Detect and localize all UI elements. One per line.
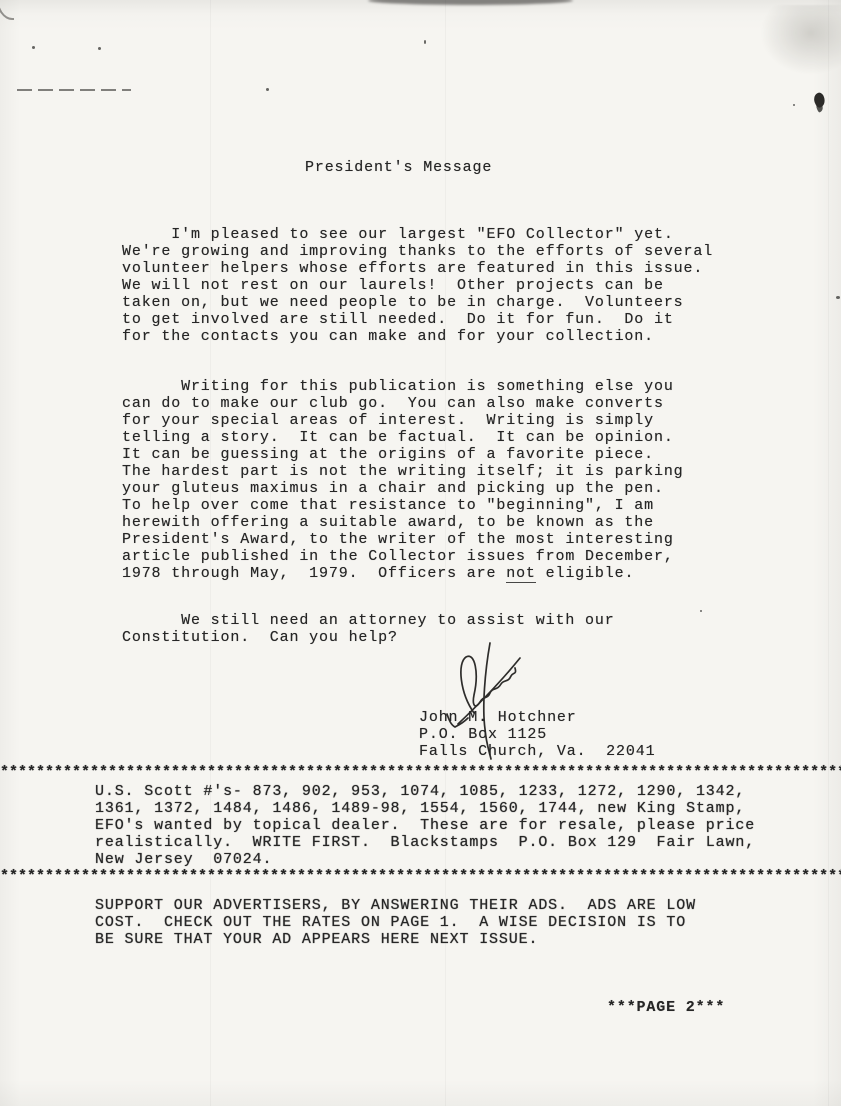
asterisk-divider-bottom: ****************************************… bbox=[0, 868, 841, 885]
dust-speck bbox=[98, 47, 101, 50]
dust-speck bbox=[793, 104, 795, 106]
dust-speck bbox=[700, 610, 702, 612]
paragraph-2: Writing for this publication is somethin… bbox=[122, 378, 684, 565]
paper-fold-line bbox=[828, 0, 829, 1106]
scan-mottle-top-right bbox=[760, 5, 841, 75]
paragraph-1: I'm pleased to see our largest "EFO Coll… bbox=[122, 226, 713, 345]
classified-ad-text: U.S. Scott #'s- 873, 902, 953, 1074, 108… bbox=[95, 783, 755, 868]
ink-blot bbox=[811, 91, 827, 109]
page-number: ***PAGE 2*** bbox=[607, 999, 725, 1016]
signature-po-box: P.O. Box 1125 bbox=[419, 726, 547, 743]
dust-speck bbox=[266, 88, 269, 91]
paragraph-2-last-line: 1978 through May, 1979. Officers are not… bbox=[122, 565, 634, 582]
dust-speck bbox=[836, 296, 840, 299]
dust-speck bbox=[32, 46, 35, 49]
signature-name: John M. Hotchner bbox=[419, 709, 577, 726]
scanned-letter-page: President's Message I'm pleased to see o… bbox=[0, 0, 841, 1106]
underlined-word-not: not bbox=[506, 565, 536, 583]
paragraph-2-last-line-start: 1978 through May, 1979. Officers are bbox=[122, 565, 506, 582]
paragraph-2-last-line-end: eligible. bbox=[536, 565, 635, 582]
scan-dash-line bbox=[17, 89, 131, 91]
signature-stroke-loop bbox=[461, 656, 516, 713]
asterisk-divider-top: ****************************************… bbox=[0, 764, 841, 781]
page-title: President's Message bbox=[305, 159, 492, 176]
signature-city-line: Falls Church, Va. 22041 bbox=[419, 743, 655, 760]
scan-smudge-top-edge bbox=[368, 0, 573, 5]
dust-speck bbox=[424, 40, 426, 44]
advertiser-support-note: SUPPORT OUR ADVERTISERS, BY ANSWERING TH… bbox=[95, 897, 696, 948]
corner-curl-mark bbox=[0, 0, 14, 20]
